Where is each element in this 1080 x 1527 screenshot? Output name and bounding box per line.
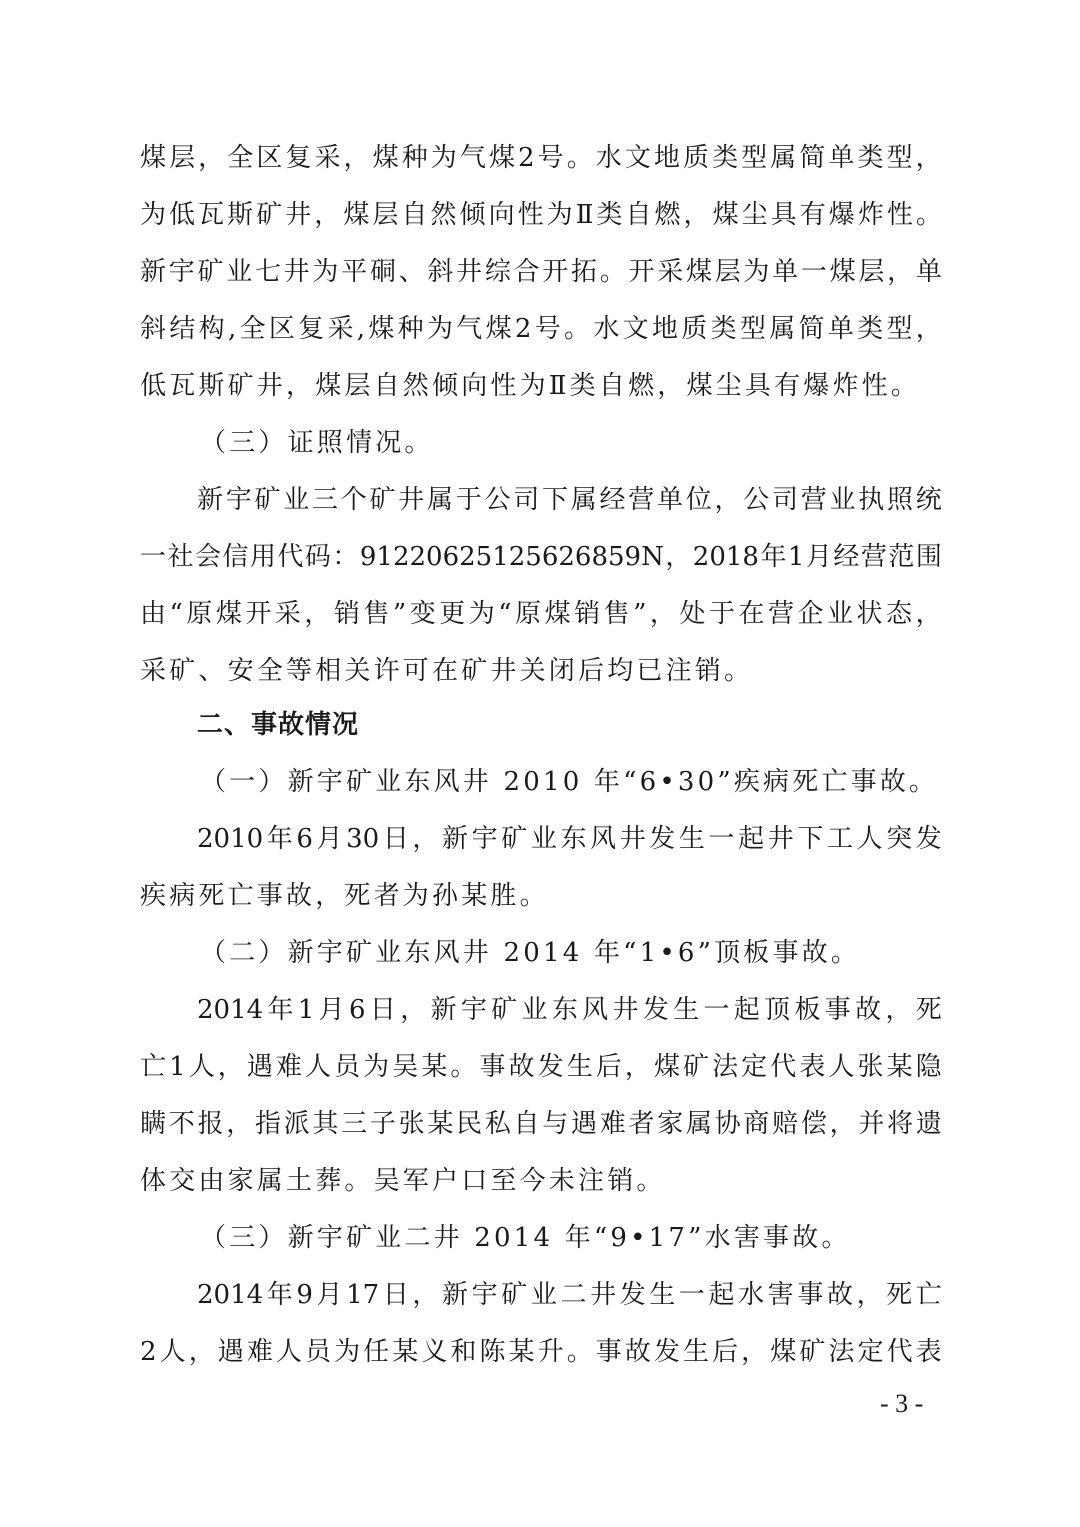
- subheading-certificates: （三）证照情况。: [200, 423, 945, 463]
- body-line: 一社会信用代码：91220625125626859N，2018年1月经营范围: [140, 537, 942, 577]
- page-number: - 3 -: [880, 1388, 923, 1420]
- body-line: 煤层，全区复采，煤种为气煤2号。水文地质类型属简单类型，: [140, 138, 942, 178]
- body-line: 亡1人，遇难人员为吴某。事故发生后，煤矿法定代表人张某隐: [140, 1047, 942, 1087]
- body-line: 体交由家属土葬。吴军户口至今未注销。: [140, 1161, 942, 1201]
- body-line: 新宇矿业三个矿井属于公司下属经营单位，公司营业执照统: [197, 480, 942, 520]
- subheading-accident-1: （一）新宇矿业东风井 2010 年“6•30”疾病死亡事故。: [200, 762, 945, 802]
- body-line: 新宇矿业七井为平硐、斜井综合开拓。开采煤层为单一煤层，单: [140, 252, 942, 292]
- body-line: 为低瓦斯矿井，煤层自然倾向性为Ⅱ类自燃，煤尘具有爆炸性。: [140, 195, 942, 235]
- subheading-accident-2: （二）新宇矿业东风井 2014 年“1•6”顶板事故。: [200, 933, 945, 973]
- body-line: 低瓦斯矿井，煤层自然倾向性为Ⅱ类自燃，煤尘具有爆炸性。: [140, 366, 942, 406]
- document-page: 煤层，全区复采，煤种为气煤2号。水文地质类型属简单类型， 为低瓦斯矿井，煤层自然…: [0, 0, 1080, 1527]
- body-line: 2010年6月30日，新宇矿业东风井发生一起井下工人突发: [197, 819, 942, 859]
- body-line: 疾病死亡事故，死者为孙某胜。: [140, 876, 942, 916]
- body-line: 采矿、安全等相关许可在矿井关闭后均已注销。: [140, 651, 942, 691]
- body-line: 2014年9月17日，新宇矿业二井发生一起水害事故，死亡: [197, 1275, 942, 1315]
- body-line: 2人，遇难人员为任某义和陈某升。事故发生后，煤矿法定代表: [140, 1332, 942, 1372]
- body-line: 2014年1月6日，新宇矿业东风井发生一起顶板事故，死: [197, 990, 942, 1030]
- body-line: 由“原煤开采，销售”变更为“原煤销售”，处于在营企业状态，: [140, 594, 942, 634]
- body-line: 瞒不报，指派其三子张某民私自与遇难者家属协商赔偿，并将遗: [140, 1104, 942, 1144]
- body-line: 斜结构,全区复采,煤种为气煤2号。水文地质类型属简单类型，: [140, 309, 942, 349]
- subheading-accident-3: （三）新宇矿业二井 2014 年“9•17”水害事故。: [200, 1218, 945, 1258]
- section-heading-accidents: 二、事故情况: [197, 705, 942, 745]
